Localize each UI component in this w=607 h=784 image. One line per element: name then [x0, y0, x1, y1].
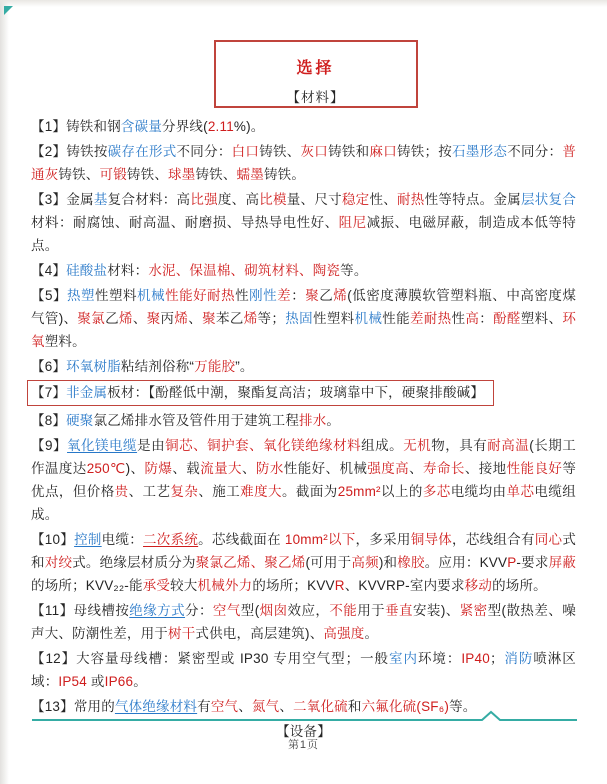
corner-triangle-icon: [4, 6, 13, 15]
item-12: 【12】大容量母线槽：紧密型或 IP30 专用空气型；一般室内环境：IP40；消…: [31, 647, 576, 693]
footer-divider-line-icon: [32, 710, 577, 722]
item-7: 【7】非金属板材：【酚醛低中潮，聚酯复高洁；玻璃靠中下，硬聚排酸碱】: [27, 380, 494, 406]
section-title-box: 选择 【材料】: [214, 40, 418, 108]
section-subtitle: 【材料】: [216, 86, 416, 106]
scan-edge-top: [0, 0, 607, 7]
item-3: 【3】金属基复合材料：高比强度、高比模量、尺寸稳定性、耐热性等特点。金属层状复合…: [31, 188, 576, 257]
scan-edge-left: [0, 0, 9, 784]
footer-divider: [32, 710, 577, 722]
item-4: 【4】硅酸盐材料：水泥、保温棉、砌筑材料、陶瓷等。: [31, 259, 576, 282]
document-body: 【1】铸铁和钢含碳量分界线(2.11%)。【2】铸铁按碳存在形式不同分：白口铸铁…: [0, 112, 607, 743]
item-9: 【9】氧化镁电缆是由铜芯、铜护套、氧化镁绝缘材料组成。无机物，具有耐高温(长期工…: [31, 434, 576, 526]
item-6: 【6】环氧树脂粘结剂俗称“万能胶”。: [31, 355, 576, 378]
item-2: 【2】铸铁按碳存在形式不同分：白口铸铁、灰口铸铁和麻口铸铁；按石墨形态不同分：普…: [31, 140, 576, 186]
item-5: 【5】热塑性塑料机械性能好耐热性刚性差：聚乙烯(低密度薄膜软管塑料瓶、中高密度煤…: [31, 284, 576, 353]
item-1: 【1】铸铁和钢含碳量分界线(2.11%)。: [31, 115, 576, 138]
item-11: 【11】母线槽按绝缘方式分：空气型(烟囱效应，不能用于垂直安装)、紧密型(散热差…: [31, 599, 576, 645]
page-number: 第1页: [0, 736, 607, 752]
item-8: 【8】硬聚氯乙烯排水管及管件用于建筑工程排水。: [31, 409, 576, 432]
item-10: 【10】控制电缆：二次系统。芯线截面在 10mm²以下，多采用铜导体，芯线组合有…: [31, 528, 576, 597]
section-title: 选择: [216, 55, 416, 78]
